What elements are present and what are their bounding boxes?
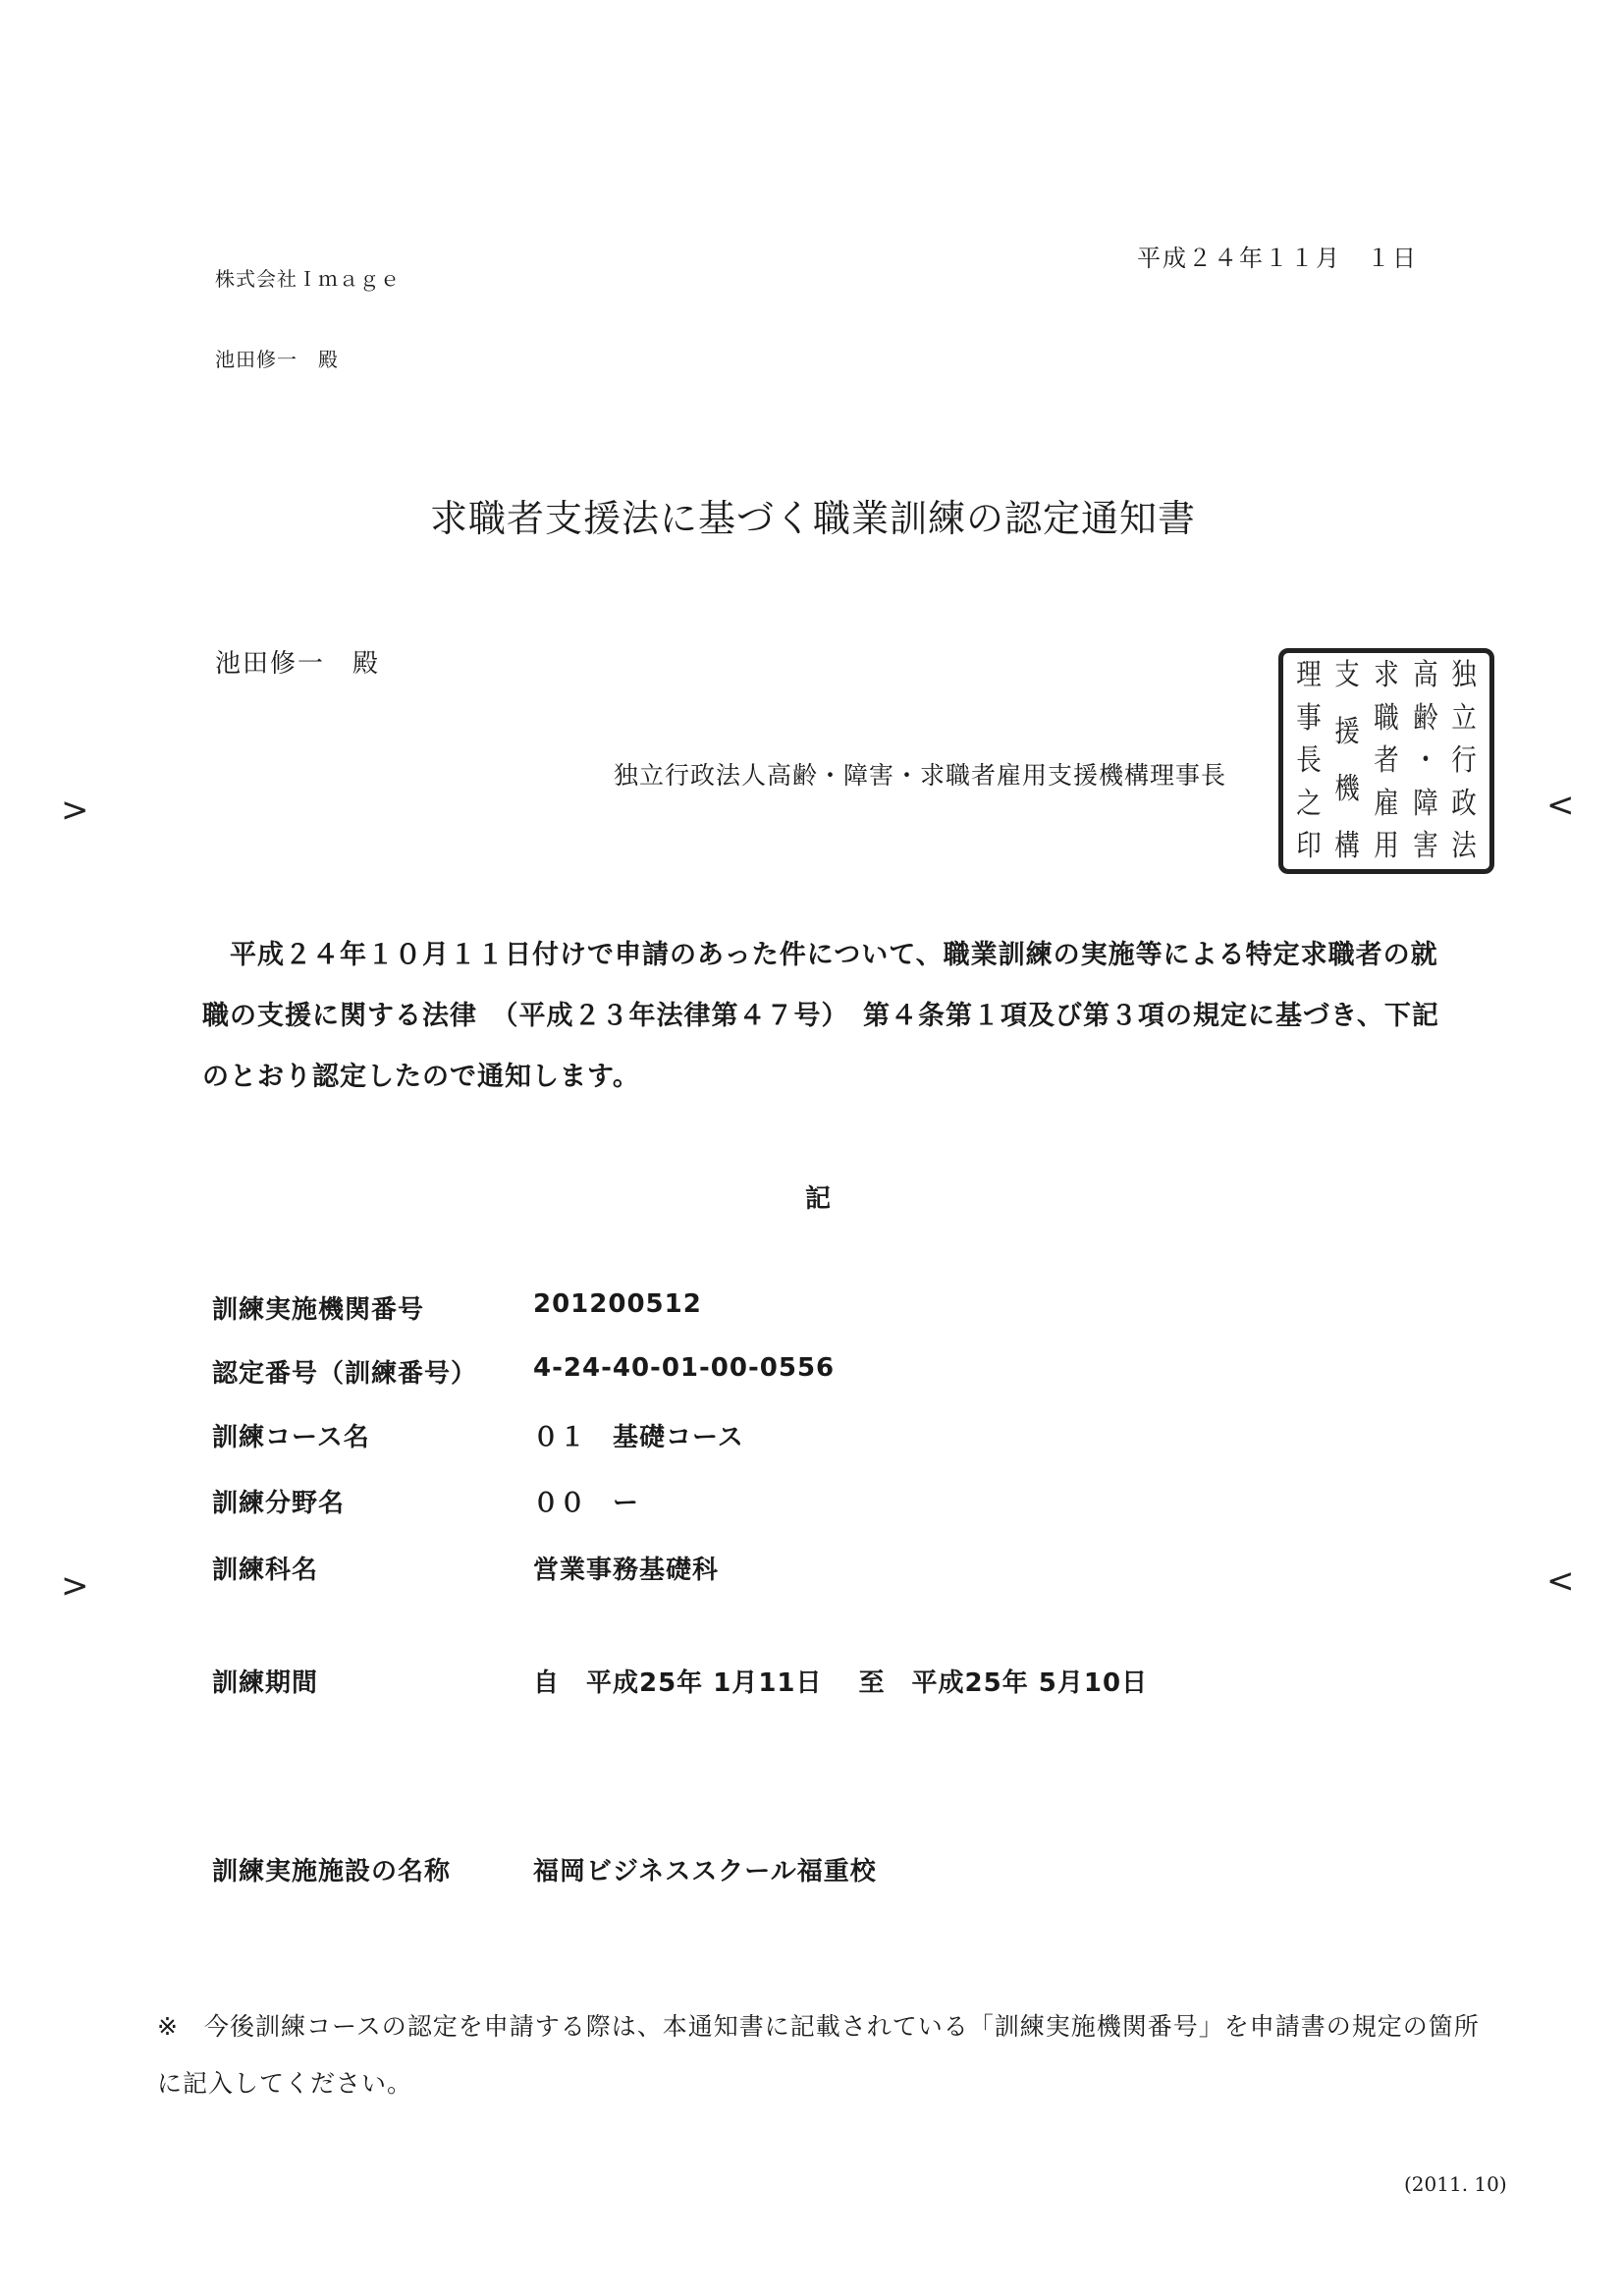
recipient-name: 池田修一 殿 — [215, 344, 339, 372]
punch-mark-left-top: > — [61, 791, 89, 830]
recipient-company: 株式会社Ｉｍａｇｅ — [215, 263, 401, 292]
body-paragraph: 平成２４年１０月１１日付けで申請のあった件について、職業訓練の実施等による特定求… — [202, 925, 1459, 1108]
field-label-field-name: 訓練分野名 — [212, 1483, 345, 1519]
field-label-certification-number: 認定番号（訓練番号） — [212, 1353, 477, 1390]
field-label-facility-name: 訓練実施施設の名称 — [212, 1851, 451, 1887]
punch-mark-right-bottom: < — [1546, 1561, 1575, 1601]
page-title: 求職者支援法に基づく職業訓練の認定通知書 — [430, 488, 1196, 542]
punch-mark-right-top: < — [1546, 786, 1575, 825]
field-value-training-period: 自 平成25年 1月11日 至 平成25年 5月10日 — [533, 1663, 1148, 1699]
seal-column: 理事長之印 — [1296, 661, 1322, 861]
form-version: (2011. 10) — [1404, 2172, 1507, 2196]
official-seal: 独立行政法 高齢・障害 求職者雇用 支援機構 理事長之印 — [1278, 648, 1494, 874]
punch-mark-left-bottom: > — [61, 1566, 89, 1606]
issue-date: 平成２４年１１月 １日 — [1137, 239, 1418, 273]
seal-column: 独立行政法 — [1451, 661, 1477, 861]
footnote: ※ 今後訓練コースの認定を申請する際は、本通知書に記載されている「訓練実施機関番… — [157, 1998, 1492, 2112]
issuer-name: 独立行政法人高齢・障害・求職者雇用支援機構理事長 — [614, 756, 1226, 792]
addressee: 池田修一 殿 — [215, 643, 380, 680]
field-value-facility-name: 福岡ビジネススクール福重校 — [533, 1851, 877, 1887]
seal-column: 求職者雇用 — [1374, 661, 1399, 861]
field-value-field-name: ００ ー — [533, 1483, 639, 1519]
field-value-subject-name: 営業事務基礎科 — [533, 1550, 719, 1586]
ki-heading: 記 — [805, 1178, 831, 1215]
field-value-course-name: ０１ 基礎コース — [533, 1417, 744, 1453]
field-label-course-name: 訓練コース名 — [212, 1417, 370, 1453]
field-value-certification-number: 4-24-40-01-00-0556 — [533, 1353, 835, 1383]
seal-column: 支援機構 — [1335, 661, 1361, 861]
seal-column: 高齢・障害 — [1413, 661, 1438, 861]
field-value-institution-number: 201200512 — [533, 1289, 702, 1319]
field-label-subject-name: 訓練科名 — [212, 1550, 318, 1586]
field-label-training-period: 訓練期間 — [212, 1663, 318, 1699]
field-label-institution-number: 訓練実施機関番号 — [212, 1289, 424, 1326]
